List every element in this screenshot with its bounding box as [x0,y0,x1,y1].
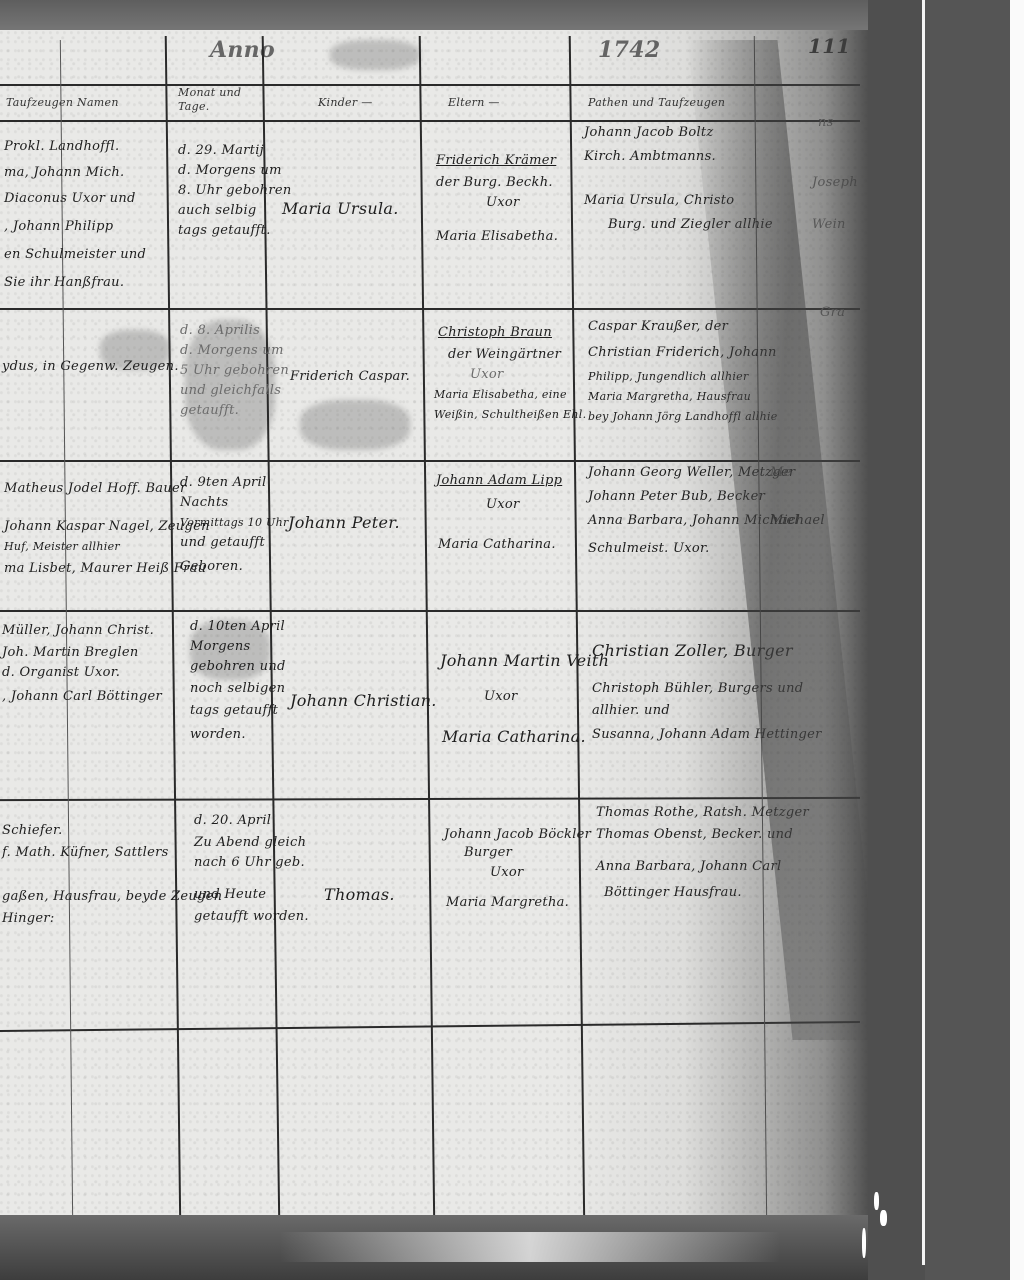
entry-date-line: d. 8. Aprilis [180,320,260,341]
entry-child-name: Thomas. [324,884,395,905]
entry-left-note: Huf, Meister allhier [4,536,120,557]
entry-godparent-line: Schulmeist. Uxor. [588,538,710,559]
entry-godparent-line: Thomas Rothe, Ratsh. Metzger [596,802,809,823]
entry-left-note: Matheus Jodel Hoff. Bauer [4,478,187,499]
entry-left-note: Hinger: [2,908,55,929]
entry-date-line: worden. [190,724,246,745]
entry-left-note: ma Lisbet, Maurer Heiß Frau [4,558,206,579]
entry-date-line: Morgens [190,636,251,657]
entry-left-note: gaßen, Hausfrau, beyde Zeugen [2,886,222,907]
entry-godparent-line: Caspar Kraußer, der [588,316,728,337]
entry-left-note: Müller, Johann Christ. [2,620,154,641]
entry-mother: Maria Elisabetha, eine [434,384,567,405]
entry-godparent-line: Johann Georg Weller, Metzger [588,462,795,483]
entry-godparent-line: allhier. und [592,700,670,721]
entry-godparent-line: Maria Margretha, Hausfrau [588,386,751,407]
entry-left-note: ma, Johann Mich. [4,162,124,183]
entry-date-line: d. Morgens um [178,160,282,181]
entry-uxor: Uxor [470,364,504,385]
entry-godparent-line: Kirch. Ambtmanns. [584,146,716,167]
margin-fragment: Michael [770,510,825,531]
entry-left-note: Sie ihr Hanßfrau. [4,272,124,293]
entry-left-note: ydus, in Gegenw. Zeugen. [2,356,179,377]
entry-date-line: tags getaufft. [178,220,271,241]
entry-parent-line: Burger [464,842,512,863]
row-rule-1 [0,308,860,310]
header-rule-top [0,84,860,86]
entry-left-note: d. Organist Uxor. [2,662,120,683]
film-notch-1 [874,1192,879,1210]
column-header-witnesses: Taufzeugen Namen [6,92,119,113]
year-header-fragment-2: 1742 [598,40,660,61]
entry-uxor: Uxor [490,862,524,883]
page-bottom-edge [280,1232,780,1262]
column-header-child: Kinder — [318,92,373,113]
film-border [925,0,1010,1280]
margin-fragment: ns [818,112,834,133]
entry-father: Johann Martin Veith [440,650,609,671]
entry-parent-line: Weißin, Schultheißen Ehl. [434,404,586,425]
entry-date-line: und Heute [194,884,266,905]
entry-date-line: Geboren. [180,556,243,577]
entry-left-note: f. Math. Küfner, Sattlers [2,842,169,863]
entry-mother: Maria Catharina. [438,534,556,555]
entry-father: Christoph Braun [438,322,552,343]
entry-mother: Maria Catharina. [442,726,586,747]
film-notch-2 [880,1210,887,1226]
image-edge [1010,0,1024,1280]
entry-date-line: auch selbig [178,200,257,221]
entry-date-line: d. 9ten April [180,472,266,493]
entry-father: Johann Adam Lipp [436,470,562,491]
entry-date-line: und getaufft [180,532,265,553]
entry-godparent-line: Christoph Bühler, Burgers und [592,678,803,699]
entry-godparent-line: Johann Peter Bub, Becker [588,486,765,507]
entry-godparent-line: Anna Barbara, Johann Michael [588,510,799,531]
entry-uxor: Uxor [484,686,518,707]
entry-date-line: Nachts [180,492,228,513]
entry-date-line: d. 20. April [194,810,271,831]
entry-date-line: getaufft worden. [194,906,309,927]
entry-date-line: noch selbigen [190,678,285,699]
margin-fragment: Gra [820,302,845,323]
entry-godparent-line: Burg. und Ziegler allhie [608,214,773,235]
row-rule-3 [0,610,860,612]
entry-parent-line: der Burg. Beckh. [436,172,553,193]
column-header-parents: Eltern — [448,92,500,113]
entry-godparent-line: Philipp, Jungendlich allhier [588,366,749,387]
entry-parent-line: der Weingärtner [448,344,561,365]
entry-left-note: , Johann Philipp [4,216,113,237]
entry-child-name: Johann Peter. [288,512,400,533]
entry-date-line: d. Morgens um [180,340,284,361]
entry-left-note: Joh. Martin Breglen [2,642,139,663]
entry-mother: Maria Margretha. [446,892,569,913]
entry-date-line: d. 10ten April [190,616,285,637]
entry-child-name: Maria Ursula. [282,198,399,219]
entry-date-line: und gleichfalls [180,380,281,401]
entry-left-note: Prokl. Landhoffl. [4,136,119,157]
entry-uxor: Uxor [486,494,520,515]
column-header-godparents: Pathen und Taufzeugen [588,92,725,113]
entry-date-line: 5 Uhr gebohren [180,360,289,381]
column-header-date: Monat und Tage. [178,86,268,114]
entry-godparent-line: Thomas Obenst, Becker. und [596,824,793,845]
margin-fragment: Me [770,462,792,483]
entry-godparent-line: Susanna, Johann Adam Hettinger [592,724,822,745]
entry-date-line: 8. Uhr gebohren [178,180,292,201]
entry-left-note: Diaconus Uxor und [4,188,136,209]
entry-child-name: Friderich Caspar. [290,366,410,387]
entry-godparent-line: Anna Barbara, Johann Carl [596,856,781,877]
entry-father: Friderich Krämer [436,150,556,171]
entry-godparent-line: Maria Ursula, Christo [584,190,734,211]
entry-left-note: Schiefer. [2,820,63,841]
entry-date-line: Zu Abend gleich [194,832,306,853]
page-number: 111 [808,36,851,57]
entry-left-note: Johann Kaspar Nagel, Zeugen [4,516,210,537]
entry-left-note: en Schulmeister und [4,244,146,265]
entry-godparent-line: Böttinger Hausfrau. [604,882,742,903]
entry-uxor: Uxor [486,192,520,213]
entry-godparent-line: Christian Zoller, Burger [592,640,793,661]
entry-godparent-line: Johann Jacob Boltz [584,122,714,143]
entry-date-line: Vormittags 10 Uhr [180,512,289,533]
entry-mother: Maria Elisabetha. [436,226,558,247]
entry-godparent-line: Christian Friderich, Johann [588,342,777,363]
entry-date-line: getaufft. [180,400,239,421]
year-header-fragment-1: Anno [210,40,275,61]
entry-date-line: d. 29. Martij [178,140,264,161]
entry-child-name: Johann Christian. [290,690,437,711]
margin-fragment: Wein [812,214,846,235]
entry-date-line: nach 6 Uhr geb. [194,852,305,873]
header-rule-bottom [0,120,860,122]
entry-left-note: , Johann Carl Böttinger [2,686,162,707]
entry-date-line: gebohren und [190,656,286,677]
entry-date-line: tags getaufft [190,700,278,721]
margin-fragment: Joseph [812,172,858,193]
entry-godparent-line: bey Johann Jörg Landhoffl allhie [588,406,778,427]
film-notch-3 [862,1228,866,1258]
